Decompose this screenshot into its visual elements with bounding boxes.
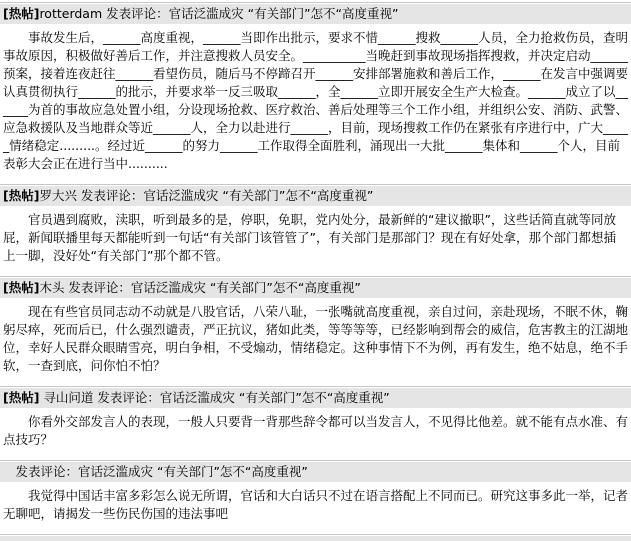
forum-post: [热帖]罗大兴 发表评论：官话泛滥成灾 “有关部门”怎不“高度重视” 官员遇到腐…	[0, 184, 631, 265]
forum-post: [热帖]木头 发表评论：官话泛滥成灾 “有关部门”怎不“高度重视” 现在有些官员…	[0, 276, 631, 375]
post-body: 现在有些官员同志动不动就是八股官话，八荣八耻，一张嘴就高度重视，亲自过问，亲赴现…	[3, 303, 628, 375]
post-header[interactable]: [热帖]木头 发表评论：官话泛滥成灾 “有关部门”怎不“高度重视”	[0, 276, 631, 298]
forum-post: 发表评论：官话泛滥成灾 “有关部门”怎不“高度重视” 我觉得中国话丰富多彩怎么说…	[0, 460, 631, 523]
post-header[interactable]: 发表评论：官话泛滥成灾 “有关部门”怎不“高度重视”	[0, 460, 631, 482]
next-post-header-partial	[0, 534, 631, 541]
hot-tag: [热帖]	[3, 280, 39, 295]
post-body: 事故发生后，______高度重视，______当即作出批示，要求不惜______…	[3, 29, 628, 173]
post-header[interactable]: [热帖]rotterdam 发表评论：官话泛滥成灾 “有关部门”怎不“高度重视”	[0, 2, 631, 24]
post-body: 我觉得中国话丰富多彩怎么说无所谓，官话和大白话只不过在语言搭配上不同而已。研究这…	[3, 487, 628, 523]
post-header[interactable]: [热帖]罗大兴 发表评论：官话泛滥成灾 “有关部门”怎不“高度重视”	[0, 184, 631, 206]
forum-post: [热帖]rotterdam 发表评论：官话泛滥成灾 “有关部门”怎不“高度重视”…	[0, 2, 631, 173]
post-title: 发表评论：官话泛滥成灾 “有关部门”怎不“高度重视”	[93, 390, 389, 405]
forum-post-list: [热帖]rotterdam 发表评论：官话泛滥成灾 “有关部门”怎不“高度重视”…	[0, 0, 631, 541]
hot-tag: [热帖]	[3, 390, 39, 405]
hot-tag: [热帖]	[3, 188, 39, 203]
post-author: 寻山问道	[39, 390, 93, 405]
post-author: 罗大兴	[39, 188, 77, 203]
post-author: 木头	[39, 280, 64, 295]
post-body: 你看外交部发言人的表现，一般人只要背一背那些辞令都可以当发言人，不见得比他差。就…	[3, 413, 628, 449]
post-title: 发表评论：官话泛滥成灾 “有关部门”怎不“高度重视”	[64, 280, 360, 295]
post-title: 发表评论：官话泛滥成灾 “有关部门”怎不“高度重视”	[102, 6, 398, 21]
forum-post: [热帖] 寻山问道 发表评论：官话泛滥成灾 “有关部门”怎不“高度重视” 你看外…	[0, 386, 631, 449]
post-title: 发表评论：官话泛滥成灾 “有关部门”怎不“高度重视”	[77, 188, 373, 203]
post-header[interactable]: [热帖] 寻山问道 发表评论：官话泛滥成灾 “有关部门”怎不“高度重视”	[0, 386, 631, 408]
post-author: rotterdam	[39, 6, 102, 21]
hot-tag: [热帖]	[3, 6, 39, 21]
post-title: 发表评论：官话泛滥成灾 “有关部门”怎不“高度重视”	[3, 464, 308, 479]
post-body: 官员遇到腐败，渎职，听到最多的是，停职，免职，党内处分，最新鲜的“建议撤职”，这…	[3, 211, 628, 265]
